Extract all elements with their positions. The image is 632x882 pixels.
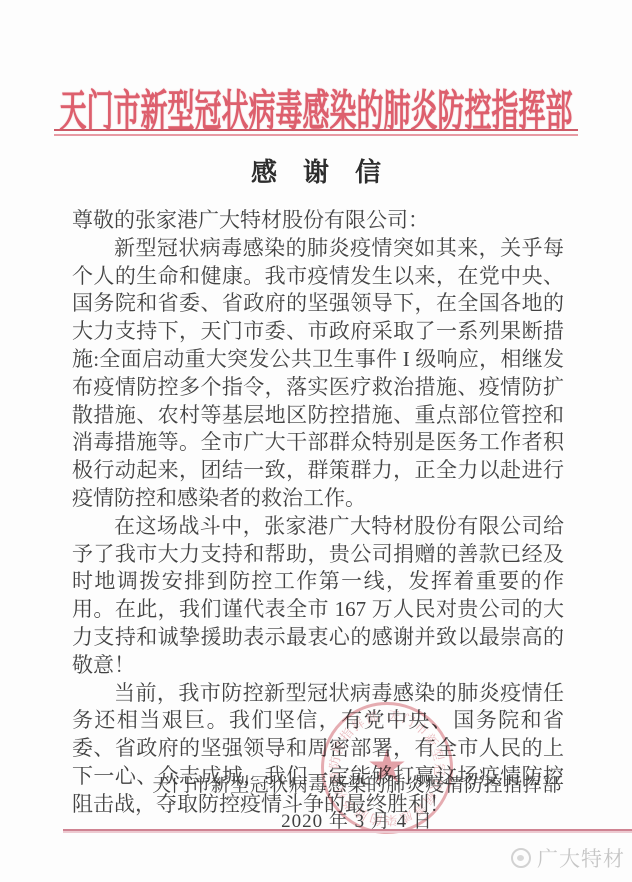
letterhead-title: 天门市新型冠状病毒感染的肺炎防控指挥部 — [0, 50, 632, 163]
paragraph: 新型冠状病毒感染的肺炎疫情突如其来，关乎每个人的生命和健康。我市疫情发生以来，在… — [72, 235, 564, 513]
company-logo-icon — [511, 848, 531, 868]
paragraph: 当前，我市防控新型冠状病毒感染的肺炎疫情任务还相当艰巨。我们坚信，有党中央、国务… — [72, 680, 564, 819]
salutation: 尊敬的张家港广大特材股份有限公司： — [72, 207, 564, 235]
letter-body: 尊敬的张家港广大特材股份有限公司： 新型冠状病毒感染的肺炎疫情突如其来，关乎每个… — [72, 207, 564, 819]
watermark: 广大特材 — [511, 843, 625, 873]
letterhead-divider — [54, 129, 578, 136]
signature: 天门市新型冠状病毒感染的肺炎疫情防控指挥部 — [41, 770, 632, 797]
scanned-letter-page: 天门市新型冠状病毒感染的肺炎防控指挥部 感 谢 信 尊敬的张家港广大特材股份有限… — [0, 0, 632, 882]
paragraph: 在这场战斗中，张家港广大特材股份有限公司给予了我市大力支持和帮助，贵公司捐赠的善… — [72, 513, 564, 680]
letter-title: 感 谢 信 — [0, 152, 632, 189]
watermark-text: 广大特材 — [537, 843, 625, 873]
footer-divider — [63, 829, 632, 833]
